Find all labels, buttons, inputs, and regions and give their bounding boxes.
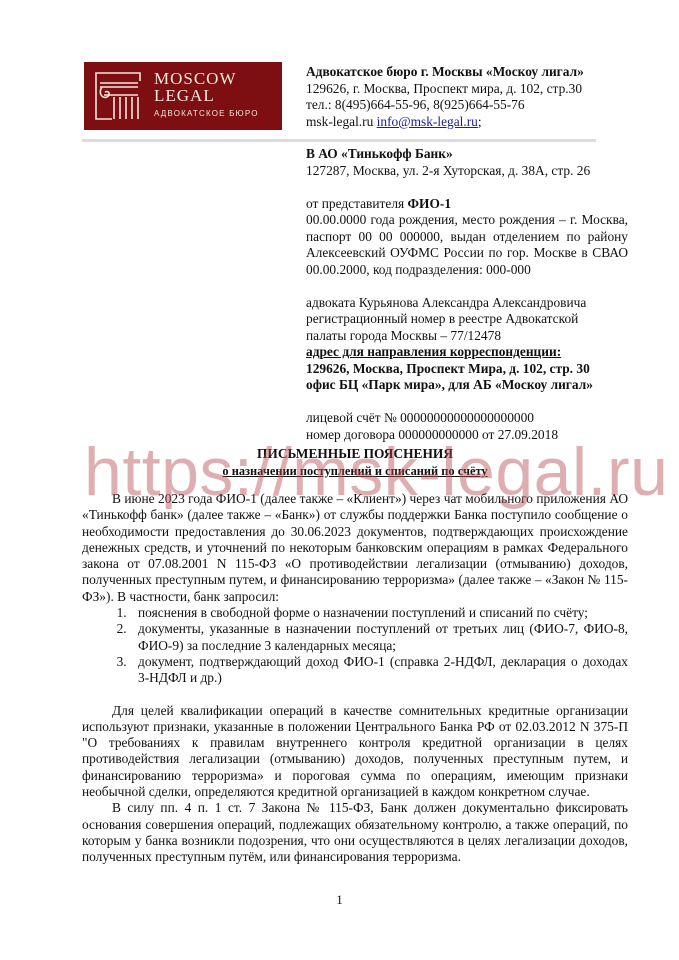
account-number: лицевой счёт № 00000000000000000000 bbox=[306, 410, 628, 427]
firm-web-email: msk-legal.ru info@msk-legal.ru; bbox=[306, 114, 584, 131]
lawyer-line3: палаты города Москвы – 77/12478 bbox=[306, 328, 628, 345]
firm-logo: MOSCOW LEGAL АДВОКАТСКОЕ БЮРО bbox=[84, 62, 282, 130]
lawyer-line2: регистрационный номер в реестре Адвокатс… bbox=[306, 311, 628, 328]
paragraph-2: Для целей квалификации операций в качест… bbox=[82, 703, 628, 801]
firm-email-link[interactable]: info@msk-legal.ru bbox=[377, 114, 478, 129]
firm-site: msk-legal.ru bbox=[306, 114, 373, 129]
list-item: документ, подтверждающий доход ФИО-1 (сп… bbox=[130, 654, 628, 687]
contract-number: номер договора 000000000000 от 27.09.201… bbox=[306, 427, 628, 444]
requested-documents-list: пояснения в свободной форме о назначении… bbox=[82, 605, 628, 686]
correspondence-label: адрес для направления корреспонденции: bbox=[306, 344, 628, 361]
paragraph-3: В силу пп. 4 п. 1 ст. 7 Закона № 115-ФЗ,… bbox=[82, 800, 628, 865]
letterhead-contacts: Адвокатское бюро г. Москвы «Москоу лигал… bbox=[306, 64, 584, 130]
document-page: MOSCOW LEGAL АДВОКАТСКОЕ БЮРО Адвокатско… bbox=[0, 0, 679, 960]
header-divider bbox=[82, 139, 596, 142]
list-item: пояснения в свободной форме о назначении… bbox=[130, 605, 628, 621]
column-capital-icon bbox=[94, 71, 142, 121]
sender-details: 00.00.0000 года рождения, место рождения… bbox=[306, 212, 628, 278]
firm-address: 129626, г. Москва, Проспект мира, д. 102… bbox=[306, 81, 584, 98]
document-body: В июне 2023 года ФИО-1 (далее также – «К… bbox=[82, 491, 628, 866]
firm-name: Адвокатское бюро г. Москвы «Москоу лигал… bbox=[306, 64, 584, 81]
lawyer-line1: адвоката Курьянова Александра Александро… bbox=[306, 295, 628, 312]
page-number: 1 bbox=[0, 892, 679, 908]
correspondence-line1: 129626, Москва, Проспект Мира, д. 102, с… bbox=[306, 361, 628, 378]
sender-name: ФИО-1 bbox=[408, 196, 452, 211]
sender-line: от представителя ФИО-1 bbox=[306, 196, 628, 213]
email-suffix: ; bbox=[478, 114, 482, 129]
document-title: ПИСЬМЕННЫЕ ПОЯСНЕНИЯ bbox=[82, 446, 628, 463]
logo-subtitle: АДВОКАТСКОЕ БЮРО bbox=[154, 109, 259, 118]
logo-wordmark-line1: MOSCOW bbox=[154, 70, 237, 87]
list-item: документы, указанные в назначении поступ… bbox=[130, 621, 628, 654]
recipient-address: 127287, Москва, ул. 2-я Хуторская, д. 38… bbox=[306, 163, 628, 180]
correspondence-line2: офис БЦ «Парк мира», для АБ «Москоу лига… bbox=[306, 377, 628, 394]
addressee-block: В АО «Тинькофф Банк» 127287, Москва, ул.… bbox=[306, 146, 628, 443]
document-subtitle: о назначении поступлений и списаний по с… bbox=[82, 463, 628, 479]
recipient-name: В АО «Тинькофф Банк» bbox=[306, 146, 628, 163]
logo-wordmark-line2: LEGAL bbox=[154, 87, 215, 104]
firm-phones: тел.: 8(495)664-55-96, 8(925)664-55-76 bbox=[306, 97, 584, 114]
sender-prefix: от представителя bbox=[306, 196, 408, 211]
paragraph-1: В июне 2023 года ФИО-1 (далее также – «К… bbox=[82, 491, 628, 605]
